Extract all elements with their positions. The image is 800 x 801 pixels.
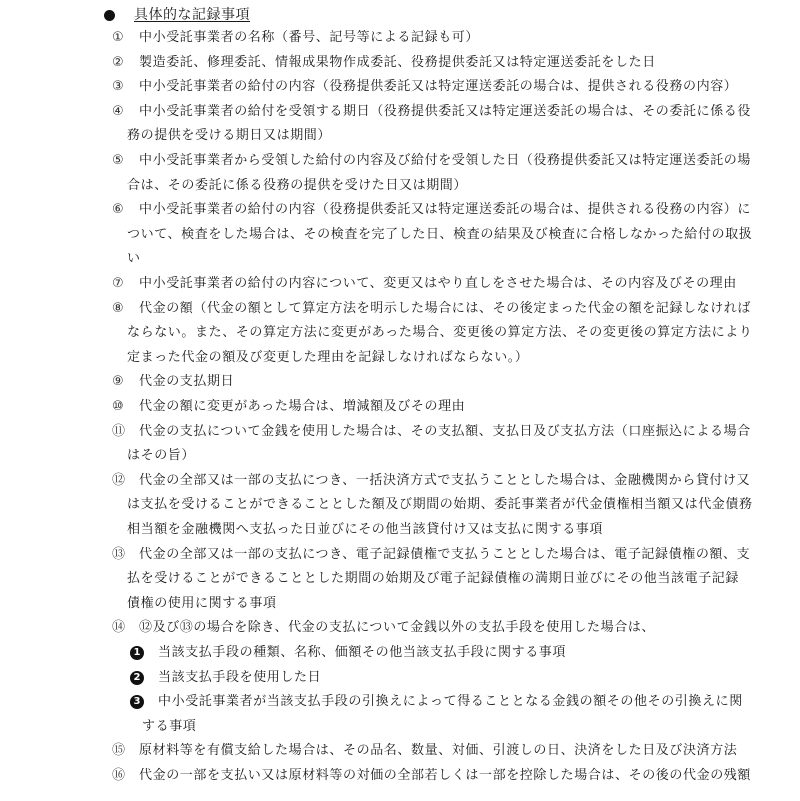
item-text: 代金の額に変更があった場合は、増減額及びその理由 <box>112 395 752 420</box>
item-text: 中小受託事業者の給付の内容について、変更又はやり直しをさせた場合は、その内容及び… <box>112 272 752 297</box>
item-text: 合は、その委託に係る役務の提供を受けた日又は期間） <box>112 174 752 199</box>
item-text: 原材料等を有償支給した場合は、その品名、数量、対価、引渡しの日、決済をした日及び… <box>112 739 752 764</box>
sub-item-text: 当該支払手段を使用した日 <box>130 666 750 691</box>
item-text: ⑫及び⑬の場合を除き、代金の支払について金銭以外の支払手段を使用した場合は、 <box>112 616 752 641</box>
item-text: ならない。また、その算定方法に変更があった場合、変更後の算定方法、その変更後の算… <box>112 321 752 346</box>
item-text: 中小受託事業者から受領した給付の内容及び給付を受領した日（役務提供委託又は特定運… <box>112 149 752 174</box>
item-text: 代金の全部又は一部の支払につき、電子記録債権で支払うこととした場合は、電子記録債… <box>112 543 752 568</box>
item-number: ③ <box>112 75 134 100</box>
item-number: ⑯ <box>112 764 134 789</box>
item-text: ついて、検査をした場合は、その検査を完了した日、検査の結果及び検査に合格しなかっ… <box>112 223 752 248</box>
item-number: ⑪ <box>112 420 134 445</box>
item-text: 中小受託事業者の給付の内容（役務提供委託又は特定運送委託の場合は、提供される役務… <box>112 198 752 223</box>
item-text: 代金の一部を支払い又は原材料等の対価の全部若しくは一部を控除した場合は、その後の… <box>112 764 752 789</box>
list-item-16: ⑯ 代金の一部を支払い又は原材料等の対価の全部若しくは一部を控除した場合は、その… <box>112 764 752 789</box>
item-text: 代金の支払期日 <box>112 370 752 395</box>
item-text: 務の提供を受ける期日又は期間） <box>112 124 752 149</box>
bullet-icon <box>104 10 115 21</box>
item-text: 中小受託事業者の給付を受領する期日（役務提供委託又は特定運送委託の場合は、その委… <box>112 100 752 125</box>
sub-item-text: 当該支払手段の種類、名称、価額その他当該支払手段に関する事項 <box>130 641 750 666</box>
item-text: 中小受託事業者の給付の内容（役務提供委託又は特定運送委託の場合は、提供される役務… <box>112 75 752 100</box>
list-item-13: ⑬ 代金の全部又は一部の支払につき、電子記録債権で支払うこととした場合は、電子記… <box>112 543 752 617</box>
item-text: 製造委託、修理委託、情報成果物作成委託、役務提供委託又は特定運送委託をした日 <box>112 51 752 76</box>
item-number: ⑦ <box>112 272 134 297</box>
item-number: ⑭ <box>112 616 134 641</box>
item-number: ⑫ <box>112 469 134 494</box>
item-text: 代金の全部又は一部の支払につき、一括決済方式で支払うこととした場合は、金融機関か… <box>112 469 752 494</box>
item-number: ⑧ <box>112 297 134 322</box>
item-number: ⑬ <box>112 543 134 568</box>
list-item-14: ⑭ ⑫及び⑬の場合を除き、代金の支払について金銭以外の支払手段を使用した場合は、 <box>112 616 752 641</box>
list-item-2: ② 製造委託、修理委託、情報成果物作成委託、役務提供委託又は特定運送委託をした日 <box>112 51 752 76</box>
sub-item-text: 中小受託事業者が当該支払手段の引換えによって得ることとなる金銭の額その他その引換… <box>130 690 750 715</box>
item-text: 相当額を金融機関へ支払った日並びにその他当該貸付け又は支払に関する事項 <box>112 518 752 543</box>
list-item-12: ⑫ 代金の全部又は一部の支払につき、一括決済方式で支払うこととした場合は、金融機… <box>112 469 752 543</box>
sub-item-1: 1 当該支払手段の種類、名称、価額その他当該支払手段に関する事項 <box>130 641 750 666</box>
item-text: はその旨） <box>112 444 752 469</box>
list-item-3: ③ 中小受託事業者の給付の内容（役務提供委託又は特定運送委託の場合は、提供される… <box>112 75 752 100</box>
list-item-9: ⑨ 代金の支払期日 <box>112 370 752 395</box>
item-number: ① <box>112 26 134 51</box>
list-item-10: ⑩ 代金の額に変更があった場合は、増減額及びその理由 <box>112 395 752 420</box>
item-text: 代金の額（代金の額として算定方法を明示した場合には、その後定まった代金の額を記録… <box>112 297 752 322</box>
sub-item-text: する事項 <box>130 715 750 740</box>
item-text: 払を受けることができることとした期間の始期及び電子記録債権の満期日並びにその他当… <box>112 567 752 592</box>
item-number: ⑥ <box>112 198 134 223</box>
item-number: ⑩ <box>112 395 134 420</box>
list-item-7: ⑦ 中小受託事業者の給付の内容について、変更又はやり直しをさせた場合は、その内容… <box>112 272 752 297</box>
item-number: ⑨ <box>112 370 134 395</box>
item-number: ② <box>112 51 134 76</box>
list-item-1: ① 中小受託事業者の名称（番号、記号等による記録も可） <box>112 26 752 51</box>
item-text: 代金の支払について金銭を使用した場合は、その支払額、支払日及び支払方法（口座振込… <box>112 420 752 445</box>
item-text: 債権の使用に関する事項 <box>112 592 752 617</box>
circled-number-icon: 1 <box>130 646 144 660</box>
item-number: ④ <box>112 100 134 125</box>
list-item-4: ④ 中小受託事業者の給付を受領する期日（役務提供委託又は特定運送委託の場合は、そ… <box>112 100 752 149</box>
circled-number-icon: 2 <box>130 671 144 685</box>
sub-item-2: 2 当該支払手段を使用した日 <box>130 666 750 691</box>
list-item-5: ⑤ 中小受託事業者から受領した給付の内容及び給付を受領した日（役務提供委託又は特… <box>112 149 752 198</box>
section-heading: 具体的な記録事項 <box>104 5 250 25</box>
list-item-8: ⑧ 代金の額（代金の額として算定方法を明示した場合には、その後定まった代金の額を… <box>112 297 752 371</box>
list-item-11: ⑪ 代金の支払について金銭を使用した場合は、その支払額、支払日及び支払方法（口座… <box>112 420 752 469</box>
item-text: 定まった代金の額及び変更した理由を記録しなければならない。） <box>112 346 752 371</box>
item-number: ⑤ <box>112 149 134 174</box>
list-item-6: ⑥ 中小受託事業者の給付の内容（役務提供委託又は特定運送委託の場合は、提供される… <box>112 198 752 272</box>
sub-item-3: 3 中小受託事業者が当該支払手段の引換えによって得ることとなる金銭の額その他その… <box>130 690 750 739</box>
section-title: 具体的な記録事項 <box>134 5 250 25</box>
item-text: い <box>112 247 752 272</box>
item-text: 中小受託事業者の名称（番号、記号等による記録も可） <box>112 26 752 51</box>
item-number: ⑮ <box>112 739 134 764</box>
item-text: は支払を受けることができることとした額及び期間の始期、委託事業者が代金債権相当額… <box>112 493 752 518</box>
list-item-15: ⑮ 原材料等を有償支給した場合は、その品名、数量、対価、引渡しの日、決済をした日… <box>112 739 752 764</box>
